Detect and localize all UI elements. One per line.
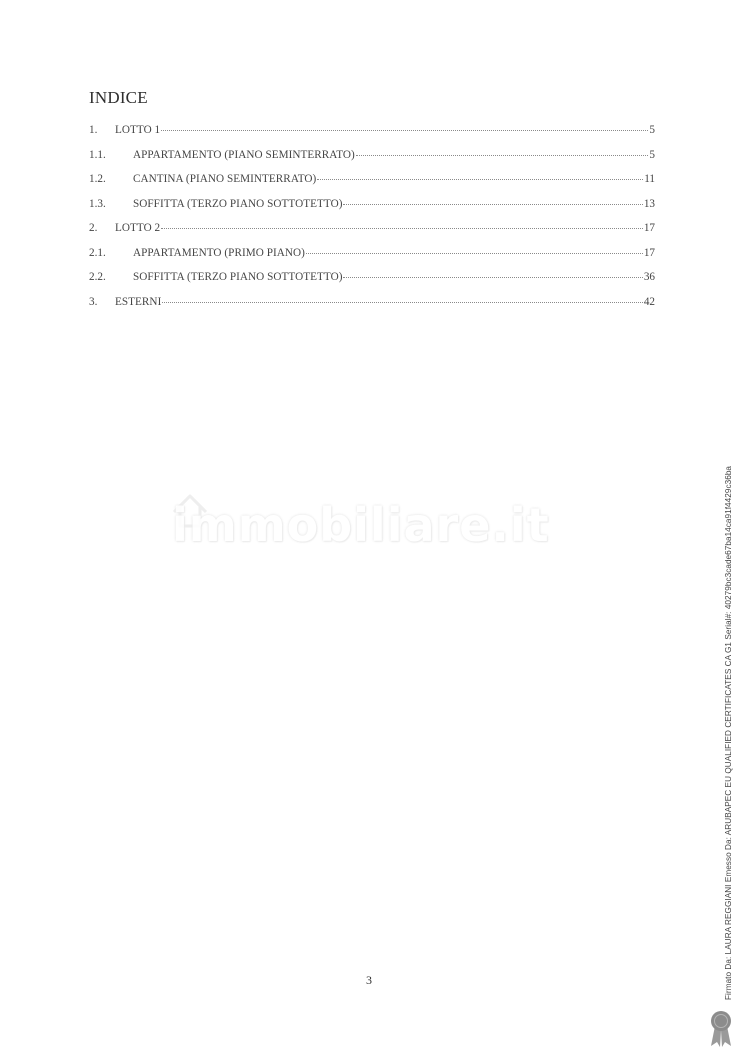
toc-entry-number: 1.3. — [89, 198, 133, 210]
toc-entry-number: 2.1. — [89, 247, 133, 259]
toc-leader-dots — [161, 126, 648, 131]
toc-leader-dots — [317, 175, 643, 180]
toc-entry[interactable]: 1. LOTTO 1 5 — [89, 124, 655, 149]
toc-leader-dots — [356, 151, 649, 156]
toc-entry[interactable]: 2.2. SOFFITTA (TERZO PIANO SOTTOTETTO) 3… — [89, 271, 655, 296]
toc-entry[interactable]: 1.2. CANTINA (PIANO SEMINTERRATO) 11 — [89, 173, 655, 198]
toc-leader-dots — [162, 298, 642, 303]
toc-entry-number: 2.2. — [89, 271, 133, 283]
toc-entry-number: 1.2. — [89, 173, 133, 185]
toc-entry[interactable]: 3. ESTERNI 42 — [89, 296, 655, 321]
toc-entry-page: 42 — [644, 296, 655, 308]
toc-entry-label: LOTTO 2 — [115, 222, 160, 234]
toc-entry-number: 1.1. — [89, 149, 133, 161]
certificate-seal-icon — [706, 1008, 736, 1048]
toc-entry-label: APPARTAMENTO (PRIMO PIANO) — [133, 247, 305, 259]
toc-entry-page: 5 — [649, 124, 655, 136]
toc-entry[interactable]: 2. LOTTO 2 17 — [89, 222, 655, 247]
toc-entry-number: 3. — [89, 296, 115, 308]
toc-entry-label: APPARTAMENTO (PIANO SEMINTERRATO) — [133, 149, 355, 161]
toc-entry-label: ESTERNI — [115, 296, 161, 308]
toc-entry-label: CANTINA (PIANO SEMINTERRATO) — [133, 173, 316, 185]
toc-entry-page: 17 — [644, 247, 655, 259]
page-number: 3 — [366, 973, 372, 988]
toc-leader-dots — [343, 273, 642, 278]
toc-entry-page: 36 — [644, 271, 655, 283]
toc-entry-page: 11 — [644, 173, 655, 185]
toc-title: INDICE — [89, 88, 148, 108]
document-page: INDICE 1. LOTTO 1 5 1.1. APPARTAMENTO (P… — [0, 0, 741, 1050]
toc-entry-page: 13 — [644, 198, 655, 210]
toc-entry-number: 2. — [89, 222, 115, 234]
toc-entry-label: SOFFITTA (TERZO PIANO SOTTOTETTO) — [133, 271, 342, 283]
toc-entry[interactable]: 1.1. APPARTAMENTO (PIANO SEMINTERRATO) 5 — [89, 149, 655, 174]
toc-leader-dots — [343, 200, 642, 205]
toc-entry-label: LOTTO 1 — [115, 124, 160, 136]
toc-entry[interactable]: 1.3. SOFFITTA (TERZO PIANO SOTTOTETTO) 1… — [89, 198, 655, 223]
toc-entry-number: 1. — [89, 124, 115, 136]
toc-entry[interactable]: 2.1. APPARTAMENTO (PRIMO PIANO) 17 — [89, 247, 655, 272]
toc-leader-dots — [161, 224, 643, 229]
toc-entry-page: 17 — [644, 222, 655, 234]
watermark: immobiliare.it — [172, 498, 550, 552]
toc-leader-dots — [306, 249, 643, 254]
toc-entry-label: SOFFITTA (TERZO PIANO SOTTOTETTO) — [133, 198, 342, 210]
table-of-contents: 1. LOTTO 1 5 1.1. APPARTAMENTO (PIANO SE… — [89, 124, 655, 320]
toc-entry-page: 5 — [649, 149, 655, 161]
digital-signature-text: Firmato Da: LAURA REGGIANI Emesso Da: AR… — [724, 466, 733, 1000]
